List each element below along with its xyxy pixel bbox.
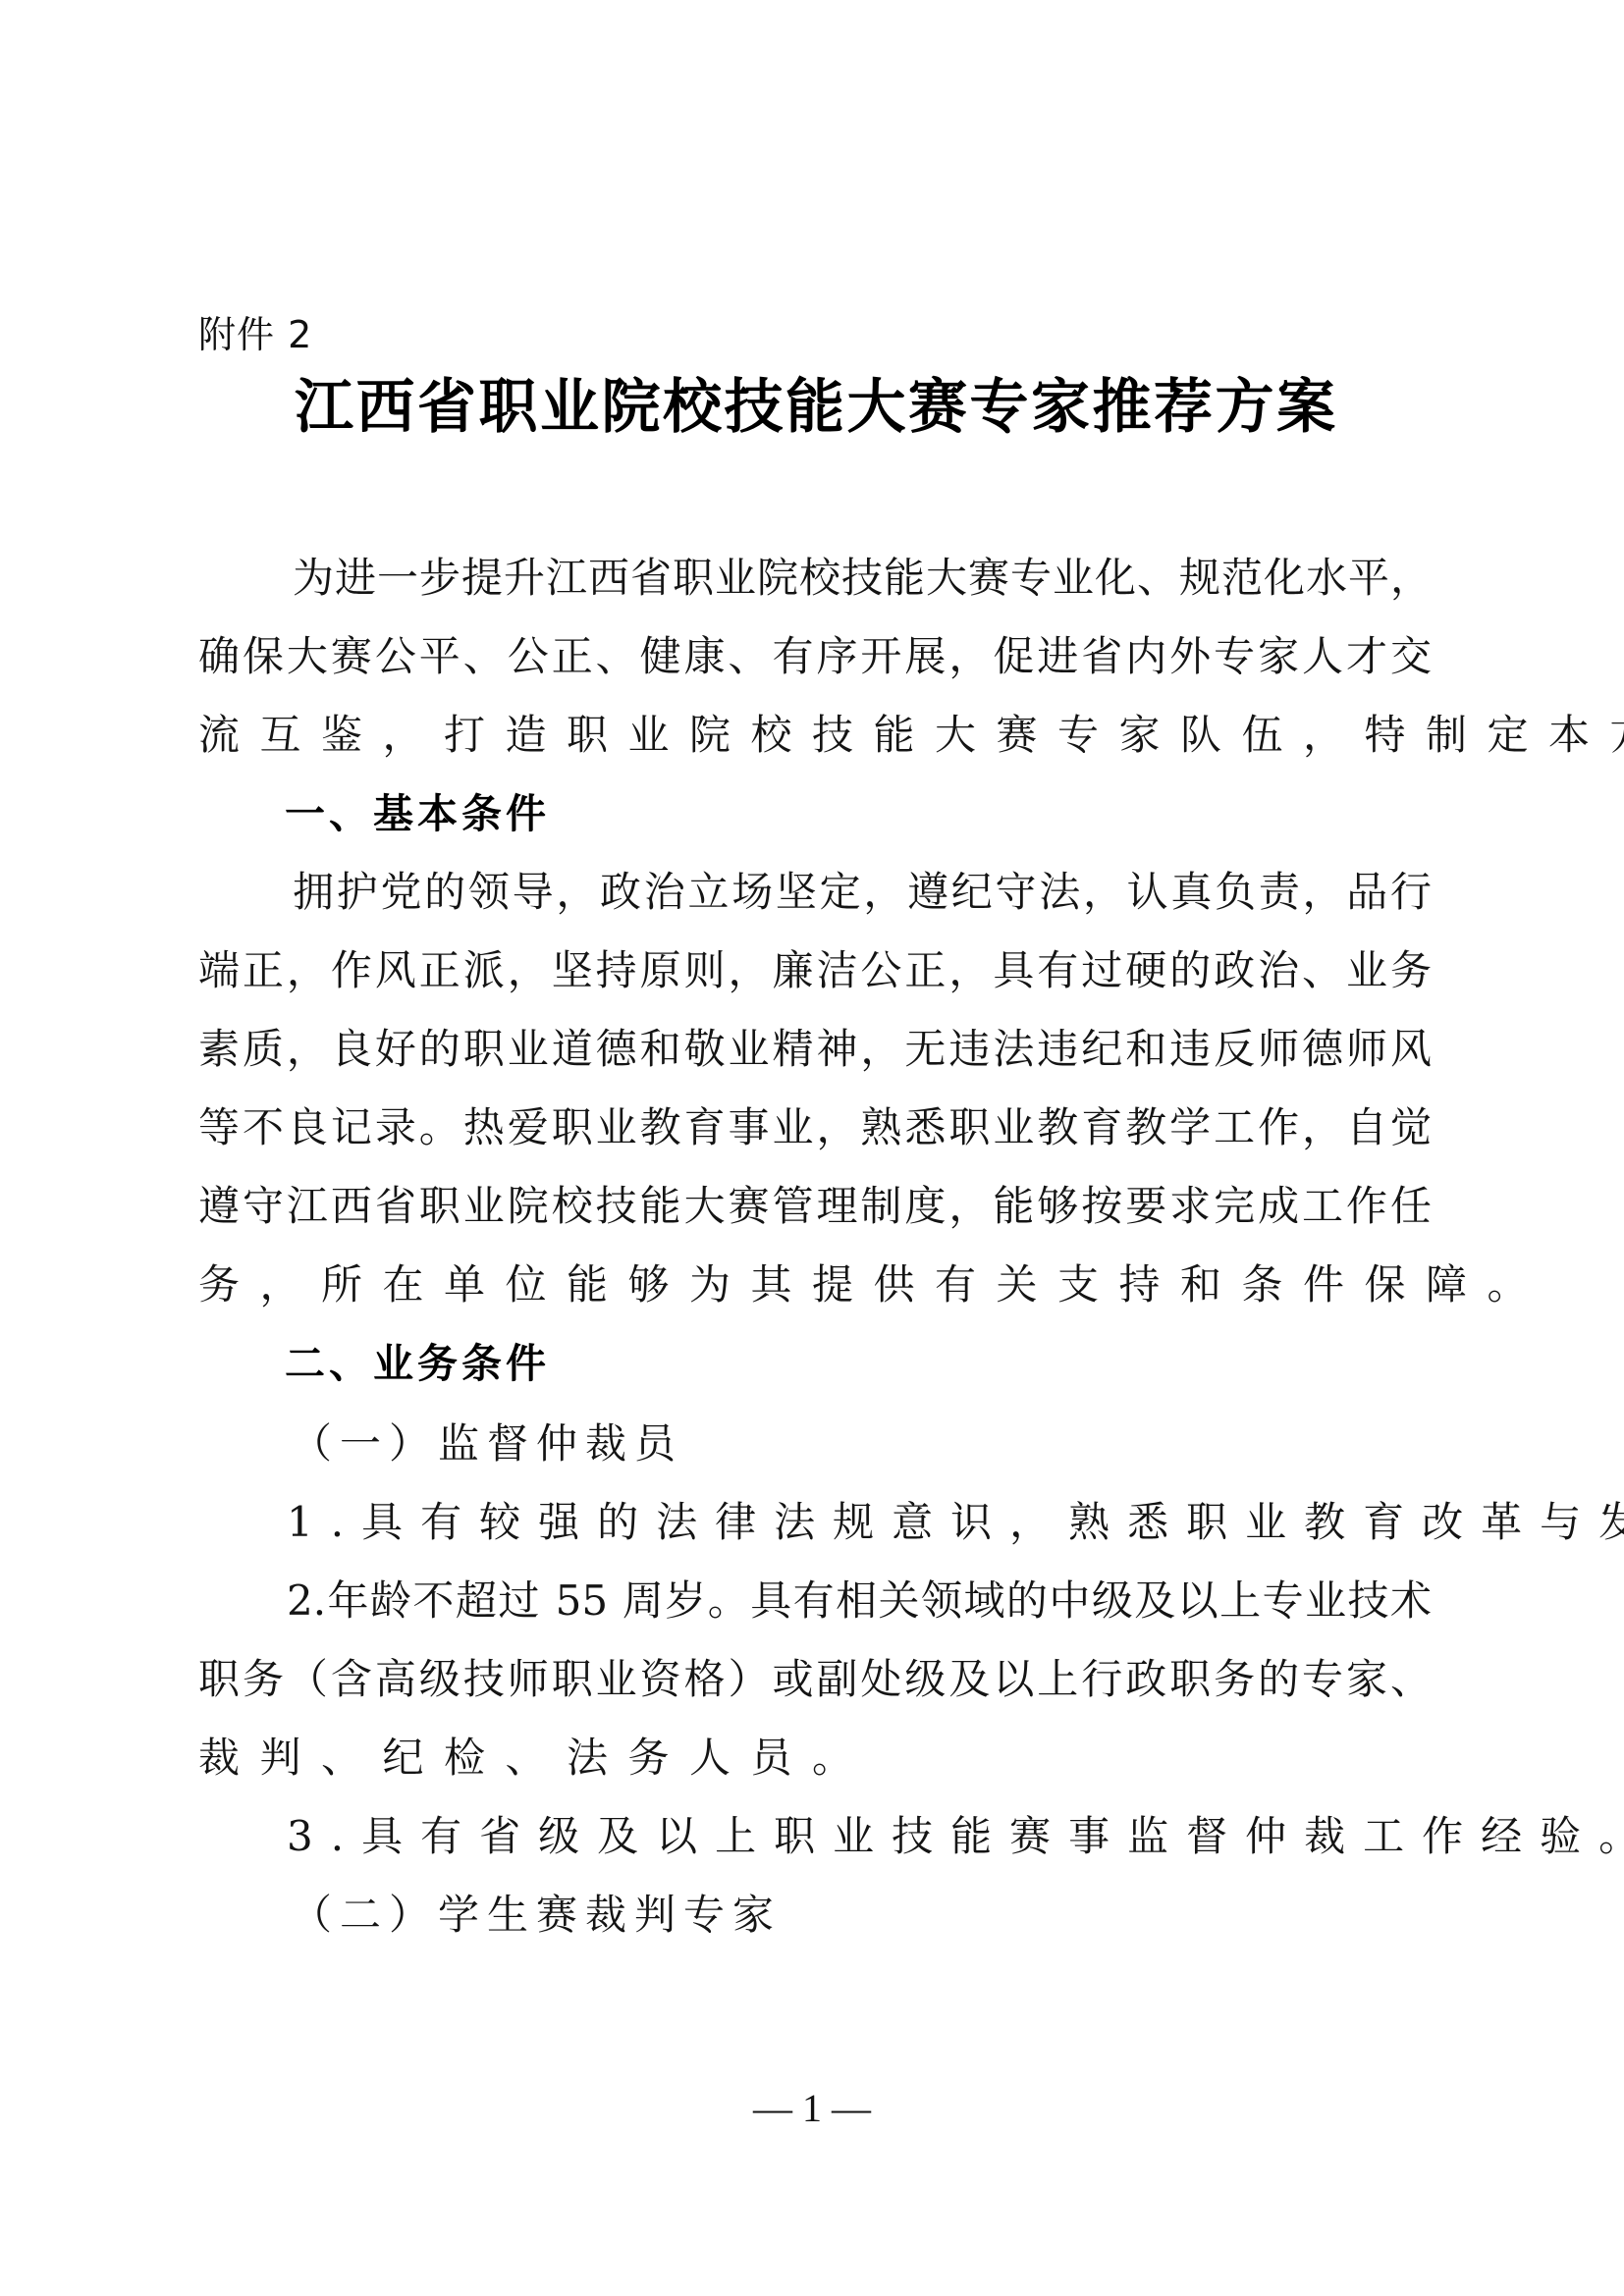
- section-1-line-5: 遵守江西省职业院校技能大赛管理制度，能够按要求完成工作任: [198, 1184, 1432, 1229]
- item-2-line-1: 2.年龄不超过 55 周岁。具有相关领域的中级及以上专业技术: [287, 1578, 1432, 1624]
- section-1-heading: 一、基本条件: [285, 791, 550, 836]
- item-1-line-1: 1.具有较强的法律法规意识，熟悉职业教育改革与发展。: [287, 1500, 1520, 1545]
- subsection-1-heading: （一）监督仲裁员: [291, 1421, 683, 1467]
- item-3-line-1: 3.具有省级及以上职业技能赛事监督仲裁工作经验。: [287, 1814, 1520, 1859]
- section-1-line-3: 素质，良好的职业道德和敬业精神，无违法违纪和违反师德师风: [198, 1027, 1432, 1072]
- subsection-2-heading: （二）学生赛裁判专家: [291, 1893, 782, 1938]
- document-page: 附件 2 江西省职业院校技能大赛专家推荐方案 为进一步提升江西省职业院校技能大赛…: [0, 0, 1624, 2296]
- document-title: 江西省职业院校技能大赛专家推荐方案: [295, 373, 1335, 442]
- intro-line-3: 流互鉴，打造职业院校技能大赛专家队伍，特制定本方案。: [198, 713, 1432, 758]
- intro-line-1: 为进一步提升江西省职业院校技能大赛专业化、规范化水平，: [293, 556, 1432, 601]
- item-2-line-3: 裁判、纪检、法务人员。: [198, 1735, 1432, 1781]
- section-1-line-6: 务，所在单位能够为其提供有关支持和条件保障。: [198, 1262, 1432, 1308]
- section-1-line-1: 拥护党的领导，政治立场坚定，遵纪守法，认真负责，品行: [293, 870, 1432, 915]
- section-1-line-2: 端正，作风正派，坚持原则，廉洁公正，具有过硬的政治、业务: [198, 948, 1432, 993]
- page-number: — 1 —: [0, 2087, 1624, 2130]
- section-2-heading: 二、业务条件: [285, 1341, 550, 1386]
- annex-label: 附件 2: [198, 312, 312, 357]
- section-1-line-4: 等不良记录。热爱职业教育事业，熟悉职业教育教学工作，自觉: [198, 1105, 1432, 1150]
- item-2-line-2: 职务（含高级技师职业资格）或副处级及以上行政职务的专家、: [198, 1657, 1432, 1702]
- intro-line-2: 确保大赛公平、公正、健康、有序开展，促进省内外专家人才交: [198, 634, 1432, 679]
